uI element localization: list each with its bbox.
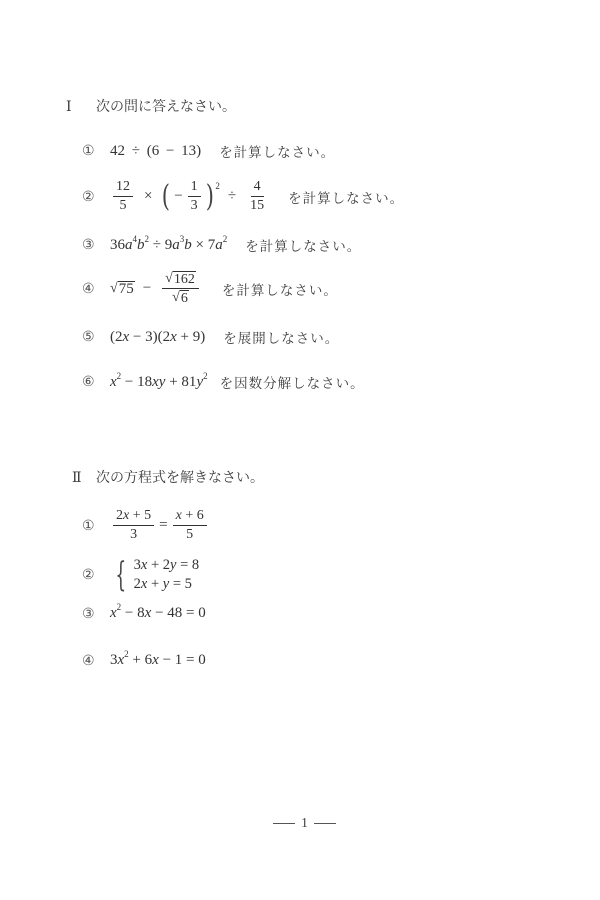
problem-2-2: ② { 3x + 2y = 8 2x + y = 5 [82, 556, 199, 594]
problem-1-4: ④ √75 − √162 √6 を計算しなさい。 [82, 271, 338, 306]
problem-instruction: を計算しなさい。 [222, 279, 338, 299]
problem-2-1: ① 2x + 53 = x + 65 [82, 508, 210, 543]
section-1-title: Ⅰ次の問に答えなさい。 [66, 96, 236, 116]
problem-label: ⑥ [82, 374, 110, 390]
right-paren: ) [205, 182, 213, 212]
fraction: 125 [113, 179, 133, 214]
fraction: 2x + 53 [113, 508, 154, 543]
exponent: 2 [215, 181, 220, 191]
problem-expression: 36a4b2 ÷ 9a3b × 7a2 [110, 237, 227, 254]
left-paren: ( [162, 182, 170, 212]
section-2-number: Ⅱ [72, 470, 96, 486]
problem-1-6: ⑥ x2 − 18xy + 81y2 を因数分解しなさい。 [82, 372, 365, 392]
page-number: 1 [301, 816, 308, 831]
equation-system: 3x + 2y = 8 2x + y = 5 [134, 556, 200, 594]
footer-dash-right [314, 823, 336, 824]
fraction: 415 [247, 179, 267, 214]
problem-expression: 42 ÷ (6 − 13) [110, 143, 201, 160]
section-2-title: Ⅱ次の方程式を解きなさい。 [72, 467, 264, 487]
problem-1-2: ② 125 × ( − 13 ) 2 ÷ 415 を計算しなさい。 [82, 179, 404, 214]
section-1-number: Ⅰ [66, 99, 96, 115]
fraction: 13 [188, 179, 201, 214]
problem-label: ⑤ [82, 329, 110, 345]
problem-expression: 3x2 + 6x − 1 = 0 [110, 652, 206, 669]
footer-dash-left [273, 823, 295, 824]
problem-label: ② [82, 189, 110, 205]
square-root: √75 [110, 281, 135, 297]
fraction: √162 √6 [162, 271, 199, 306]
problem-expression: x2 − 8x − 48 = 0 [110, 605, 206, 622]
problem-label: ① [82, 143, 110, 159]
problem-instruction: を計算しなさい。 [245, 235, 361, 255]
problem-label: ② [82, 567, 110, 583]
problem-1-1: ① 42 ÷ (6 − 13) を計算しなさい。 [82, 141, 335, 161]
problem-1-5: ⑤ (2x − 3)(2x + 9) を展開しなさい。 [82, 327, 339, 347]
problem-instruction: を計算しなさい。 [219, 141, 335, 161]
problem-instruction: を展開しなさい。 [223, 327, 339, 347]
problem-expression: x2 − 18xy + 81y2 [110, 374, 208, 391]
page-footer: 1 [267, 816, 342, 832]
problem-1-3: ③ 36a4b2 ÷ 9a3b × 7a2 を計算しなさい。 [82, 235, 361, 255]
problem-instruction: を因数分解しなさい。 [220, 372, 365, 392]
problem-label: ③ [82, 606, 110, 622]
section-2-heading: 次の方程式を解きなさい。 [96, 470, 264, 486]
problem-label: ④ [82, 281, 110, 297]
problem-2-3: ③ x2 − 8x − 48 = 0 [82, 605, 206, 622]
problem-2-4: ④ 3x2 + 6x − 1 = 0 [82, 652, 206, 669]
problem-label: ④ [82, 653, 110, 669]
problem-instruction: を計算しなさい。 [288, 187, 404, 207]
left-brace: { [115, 558, 126, 592]
problem-expression: (2x − 3)(2x + 9) [110, 329, 205, 346]
problem-label: ① [82, 518, 110, 534]
problem-label: ③ [82, 237, 110, 253]
section-1-heading: 次の問に答えなさい。 [96, 99, 236, 115]
fraction: x + 65 [173, 508, 207, 543]
